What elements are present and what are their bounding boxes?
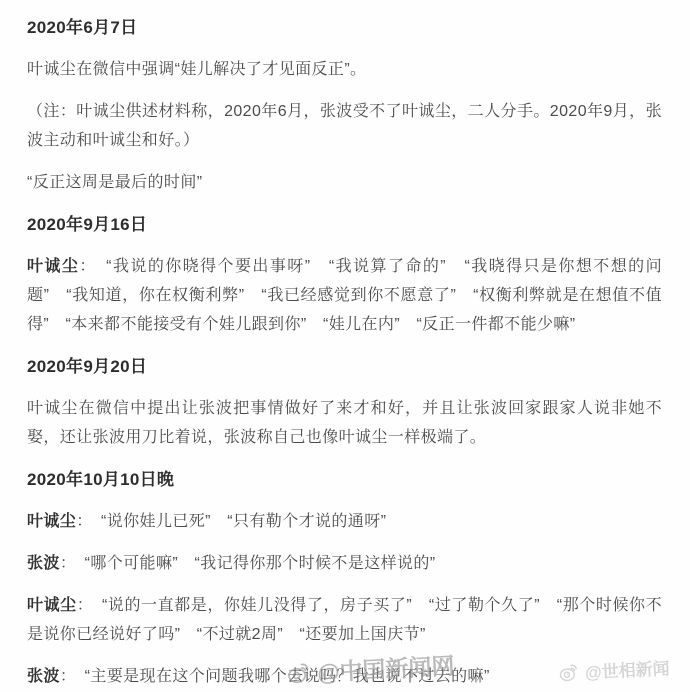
dialog-paragraph: 叶诚尘： “说的一直都是，你娃儿没得了，房子买了” “过了勒个久了” “那个时候… [27, 591, 662, 649]
dialog-paragraph: 叶诚尘： “我说的你晓得个要出事呀” “我说算了命的” “我晓得只是你想不想的问… [27, 252, 662, 339]
speaker-colon: ： [60, 668, 68, 685]
speaker-name: 叶诚尘 [27, 597, 77, 614]
speaker-name: 叶诚尘 [27, 258, 79, 275]
narration-paragraph: 叶诚尘在微信中强调“娃儿解决了才见面反正”。 [27, 55, 662, 84]
narration-paragraph: “反正这周是最后的时间” [27, 168, 662, 197]
speaker-name: 叶诚尘 [27, 513, 76, 530]
timeline-date-heading: 2020年10月10日晚 [27, 465, 662, 494]
dialog-text: “主要是现在这个问题我哪个去说吗？我也说不过去的嘛” [68, 668, 489, 685]
article-body: 2020年6月7日叶诚尘在微信中强调“娃儿解决了才见面反正”。（注：叶诚尘供述材… [0, 0, 690, 691]
dialog-paragraph: 叶诚尘： “说你娃儿已死” “只有勒个才说的通呀” [27, 507, 662, 536]
speaker-colon: ： [79, 258, 88, 275]
narration-paragraph: 叶诚尘在微信中提出让张波把事情做好了来才和好，并且让张波回家跟家人说非她不娶，还… [27, 394, 662, 452]
dialog-paragraph: 张波： “主要是现在这个问题我哪个去说吗？我也说不过去的嘛” [27, 662, 662, 691]
dialog-paragraph: 张波： “哪个可能嘛” “我记得你那个时候不是这样说的” [27, 549, 662, 578]
narration-paragraph: （注：叶诚尘供述材料称，2020年6月，张波受不了叶诚尘，二人分手。2020年9… [27, 97, 662, 155]
dialog-text: “哪个可能嘛” “我记得你那个时候不是这样说的” [68, 555, 435, 572]
speaker-name: 张波 [27, 668, 60, 685]
speaker-colon: ： [76, 513, 84, 530]
speaker-name: 张波 [27, 555, 60, 572]
dialog-text: “说的一直都是，你娃儿没得了，房子买了” “过了勒个久了” “那个时候你不是说你… [27, 597, 662, 643]
dialog-text: “我说的你晓得个要出事呀” “我说算了命的” “我晓得只是你想不想的问题” “我… [27, 258, 662, 333]
timeline-date-heading: 2020年6月7日 [27, 13, 662, 42]
speaker-colon: ： [60, 555, 68, 572]
timeline-date-heading: 2020年9月16日 [27, 210, 662, 239]
timeline-date-heading: 2020年9月20日 [27, 352, 662, 381]
dialog-text: “说你娃儿已死” “只有勒个才说的通呀” [85, 513, 387, 530]
